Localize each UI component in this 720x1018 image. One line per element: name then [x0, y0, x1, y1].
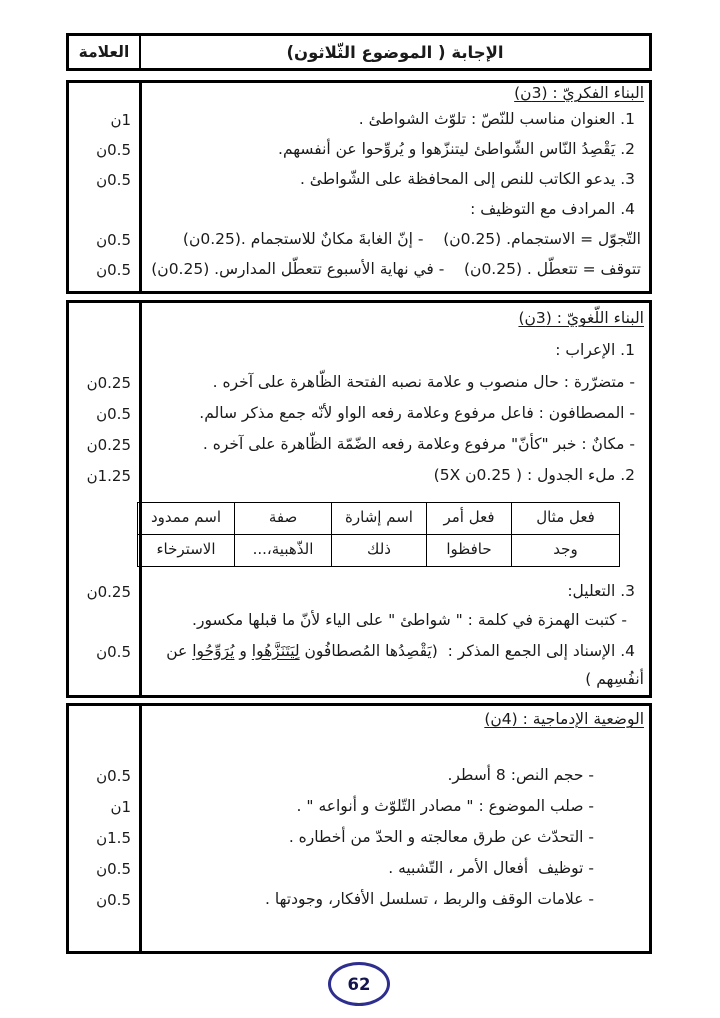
answer-row: 1. الإعراب : [69, 335, 649, 367]
answer-text: - المصطافون : فاعل مرفوع وعلامة رفعه الو… [139, 405, 649, 423]
section-intellectual-construction: البناء الفكريّ : (3ن) 1. العنوان مناسب ل… [66, 80, 652, 294]
mark-value: 1.5ن [69, 829, 139, 847]
answer-row: - متضرّرة : حال منصوب و علامة نصبه الفتح… [69, 367, 649, 398]
section-title: الوضعية الإدماجية : (4ن) [139, 711, 649, 729]
mark-value: 0.25ن [69, 436, 139, 454]
answer-text: التّجوّل = الاستجمام. (0.25ن) - إنّ الغا… [139, 231, 649, 249]
mark-value: 0.5ن [69, 405, 139, 423]
answer-row: تتوقف = تتعطّل . (0.25ن) - في نهاية الأس… [69, 255, 649, 285]
table-value-cell: ذلك [332, 534, 427, 566]
mark-column-header: العلامة [69, 36, 141, 68]
answer-text: - صلب الموضوع : " مصادر التّلوّث و أنواع… [139, 798, 649, 816]
mark-value: 0.5ن [69, 891, 139, 909]
section-integrative-situation: الوضعية الإدماجية : (4ن) - حجم النص: 8 أ… [66, 703, 652, 954]
table-value-cell: الذّهبية،... [235, 534, 332, 566]
isnad-tail: عن [166, 642, 192, 660]
answer-row: - كتبت الهمزة في كلمة : " شواطئ " على ال… [69, 606, 649, 636]
isnad-middle: و [234, 642, 251, 660]
mark-value: 0.5ن [69, 767, 139, 785]
mark-value: 0.5ن [69, 860, 139, 878]
page-number: 62 [348, 975, 371, 994]
answer-row: - المصطافون : فاعل مرفوع وعلامة رفعه الو… [69, 398, 649, 429]
table-header-cell: اسم ممدود [138, 502, 235, 534]
section-title: البناء الفكريّ : (3ن) [139, 85, 649, 103]
table-header-cell: صفة [235, 502, 332, 534]
rubric-header-row: الإجابة ( الموضوع الثّلاثون) العلامة [66, 33, 652, 71]
answer-text: 2. يَقْصِدُ النّاس الشّواطئ ليتنزّهوا و … [139, 141, 649, 159]
mark-value: 0.5ن [69, 231, 139, 249]
table-value-cell: وجد [512, 534, 620, 566]
answer-row: 2. يَقْصِدُ النّاس الشّواطئ ليتنزّهوا و … [69, 135, 649, 165]
answer-text: - متضرّرة : حال منصوب و علامة نصبه الفتح… [139, 374, 649, 392]
mark-value: 0.25ن [69, 374, 139, 392]
answer-row: 1. العنوان مناسب للنّصّ : تلوّث الشواطئ … [69, 105, 649, 135]
mark-value: 0.25ن [69, 583, 139, 601]
answer-row: أنفُسِهم ) [69, 667, 649, 693]
answer-text: أنفُسِهم ) [139, 671, 649, 689]
answer-text: - توظيف أفعال الأمر ، التّشبيه . [139, 860, 649, 878]
answer-text: 3. يدعو الكاتب للنص إلى المحافظة على الش… [139, 171, 649, 189]
mark-value: 0.5ن [69, 261, 139, 279]
answer-text: 4. الإسناد إلى الجمع المذكر : (يَقْصِدُه… [139, 643, 649, 661]
table-header-row: فعل مثال فعل أمر اسم إشارة صفة اسم ممدود [138, 502, 620, 534]
answer-text: 3. التعليل: [139, 583, 649, 601]
grammar-table-row: فعل مثال فعل أمر اسم إشارة صفة اسم ممدود… [69, 491, 649, 577]
answer-text: - حجم النص: 8 أسطر. [139, 767, 649, 785]
answer-text: تتوقف = تتعطّل . (0.25ن) - في نهاية الأس… [139, 261, 649, 279]
answer-row: - صلب الموضوع : " مصادر التّلوّث و أنواع… [69, 791, 649, 822]
answer-text: - علامات الوقف والربط ، تسلسل الأفكار، و… [139, 891, 649, 909]
answer-text: - كتبت الهمزة في كلمة : " شواطئ " على ال… [139, 612, 649, 630]
mark-value: 0.5ن [69, 171, 139, 189]
answer-title: الإجابة ( الموضوع الثّلاثون) [141, 36, 649, 68]
table-header-cell: فعل أمر [427, 502, 512, 534]
answer-row: 3. يدعو الكاتب للنص إلى المحافظة على الش… [69, 165, 649, 195]
table-header-cell: اسم إشارة [332, 502, 427, 534]
answer-row: - مكانٌ : خبر "كأنّ" مرفوع وعلامة رفعه ا… [69, 429, 649, 460]
isnad-lead: 4. الإسناد إلى الجمع المذكر : (يَقْصِدُه… [300, 642, 635, 660]
answer-row: - التحدّث عن طرق معالجته و الحدّ من أخطا… [69, 822, 649, 853]
page-number-badge: 62 [328, 962, 390, 1006]
table-value-cell: الاسترخاء [138, 534, 235, 566]
section-title: البناء اللّغويّ : (3ن) [139, 310, 649, 328]
answer-row: - علامات الوقف والربط ، تسلسل الأفكار، و… [69, 884, 649, 915]
answer-text: 4. المرادف مع التوظيف : [139, 201, 649, 219]
mark-value: 1ن [69, 111, 139, 129]
answer-text: - التحدّث عن طرق معالجته و الحدّ من أخطا… [139, 829, 649, 847]
mark-value: 0.5ن [69, 643, 139, 661]
answer-row: 4. الإسناد إلى الجمع المذكر : (يَقْصِدُه… [69, 636, 649, 667]
answer-row: التّجوّل = الاستجمام. (0.25ن) - إنّ الغا… [69, 225, 649, 255]
table-value-row: وجد حافظوا ذلك الذّهبية،... الاسترخاء [138, 534, 620, 566]
answer-row: 4. المرادف مع التوظيف : [69, 195, 649, 225]
mark-value: 1ن [69, 798, 139, 816]
section-linguistic-construction: البناء اللّغويّ : (3ن) 1. الإعراب : - مت… [66, 300, 652, 698]
answer-row: - حجم النص: 8 أسطر. 0.5ن [69, 760, 649, 791]
mark-value: 1.25ن [69, 467, 139, 485]
answer-text: - مكانٌ : خبر "كأنّ" مرفوع وعلامة رفعه ا… [139, 436, 649, 454]
isnad-underlined-word: يُرَوِّحُوا [192, 642, 234, 660]
table-header-cell: فعل مثال [512, 502, 620, 534]
answer-text: 1. الإعراب : [139, 342, 649, 360]
answer-row: - توظيف أفعال الأمر ، التّشبيه . 0.5ن [69, 853, 649, 884]
table-value-cell: حافظوا [427, 534, 512, 566]
answer-text: 1. العنوان مناسب للنّصّ : تلوّث الشواطئ … [139, 111, 649, 129]
mark-value: 0.5ن [69, 141, 139, 159]
spacer-row [69, 734, 649, 760]
isnad-underlined-word: لِيَتَنَزَّهُوا [252, 642, 300, 660]
grammar-categories-table: فعل مثال فعل أمر اسم إشارة صفة اسم ممدود… [137, 502, 620, 567]
